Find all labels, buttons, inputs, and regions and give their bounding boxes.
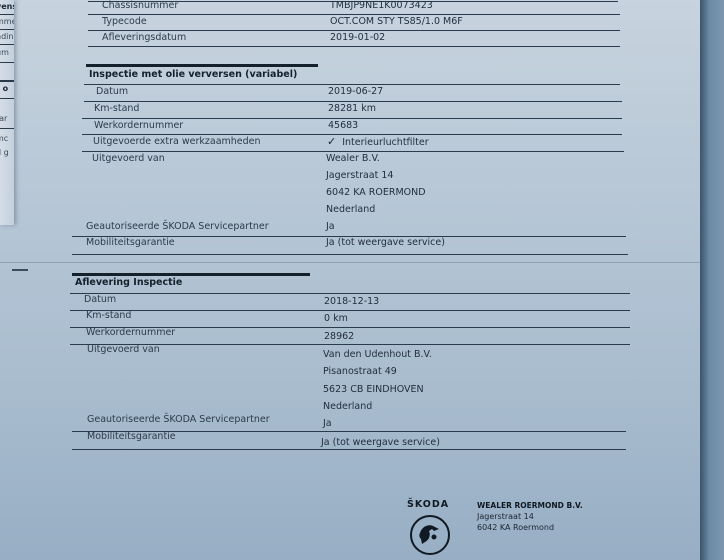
field-label: Geautoriseerde ŠKODA Servicepartner [86,219,269,235]
field-value: Van den Udenhout B.V. [323,347,432,363]
field-label: Geautoriseerde ŠKODA Servicepartner [87,412,270,428]
field-value: 2019-06-27 [328,84,383,100]
field-label: Uitgevoerd van [92,151,165,167]
fragment-text: mc [0,134,8,143]
stray-mark [12,269,28,271]
field-value: Ja [326,219,335,235]
inspection-row: Km-stand 0 km [86,308,626,324]
field-value: 45683 [328,118,358,134]
dealer-stamp: ŠKODA WEALER ROERMOND B.V. Jagerstraat 1… [405,495,605,560]
section-title: Aflevering Inspectie [75,277,182,288]
field-value: Nederland [326,202,375,218]
inspection-row: Werkordernummer 45683 [94,118,614,134]
section-rule [72,273,310,276]
field-label: Werkordernummer [86,325,175,341]
inspection-row: Mobiliteitsgarantie Ja (tot weergave ser… [86,235,626,251]
inspection-row: Km-stand 28281 km [94,101,614,117]
field-label: Uitgevoerd van [87,342,160,358]
fragment-text: tar [0,114,7,123]
field-value: TMBJP9NE1K0073423 [330,0,433,14]
section-rule [86,64,318,67]
field-value: OCT.COM STY TS85/1.0 M6F [330,14,463,30]
section-title: Inspectie met olie verversen (variabel) [89,69,297,80]
vehicle-row: Typecode OCT.COM STY TS85/1.0 M6F [102,14,622,30]
address-line: 5623 CB EINDHOVEN [323,382,523,398]
inspection-row: Uitgevoerd van Van den Udenhout B.V. [87,342,627,358]
field-value: 2019-01-02 [330,30,385,46]
checkmark-icon: ✓ [327,134,336,150]
address-line: Jagerstraat 14 [326,168,526,184]
inspection-row: Datum 2018-12-13 [84,292,624,308]
inspection-row: Geautoriseerde ŠKODA Servicepartner Ja [87,412,627,428]
field-value: Wealer B.V. [326,151,380,167]
inspection-row: Uitgevoerd van Wealer B.V. [92,151,612,167]
fragment-text: um [0,48,9,57]
inspection-row: Mobiliteitsgarantie Ja (tot weergave ser… [87,429,627,445]
field-label: Mobiliteitsgarantie [87,429,176,445]
row-divider [72,254,628,255]
fragment-text: vens [0,2,14,11]
vehicle-row: Afleveringsdatum 2019-01-02 [102,30,622,46]
field-value: Jagerstraat 14 [326,168,393,184]
inspection-row: Uitgevoerde extra werkzaamheden ✓Interie… [93,134,613,150]
field-value: 5623 CB EINDHOVEN [323,382,424,398]
inspection-row: Werkordernummer 28962 [86,325,626,341]
field-value: 6042 KA ROERMOND [326,185,426,201]
field-value: 28281 km [328,101,376,117]
dealer-name: WEALER ROERMOND B.V. [477,501,583,510]
vehicle-row: Chassisnummer TMBJP9NE1K0073423 [102,0,622,14]
field-value: Pisanostraat 49 [323,364,397,380]
field-label: Afleveringsdatum [102,30,186,46]
inspection-row: Datum 2019-06-27 [96,84,616,100]
fragment-text: mmer [0,17,14,26]
fragment-text: t o [0,84,8,93]
page-edge-shadow [700,0,724,560]
skoda-arrow-logo-icon [410,515,450,555]
dealer-city: 6042 KA Roermond [477,523,554,532]
paper-fold [0,262,706,263]
field-label: Km-stand [94,101,139,117]
address-line: Pisanostraat 49 [323,364,523,380]
field-label: Werkordernummer [94,118,183,134]
dealer-street: Jagerstraat 14 [477,512,534,521]
address-line: 6042 KA ROERMOND [326,185,526,201]
field-value: Ja (tot weergave service) [326,235,445,251]
field-label: Mobiliteitsgarantie [86,235,175,251]
left-page-fragment: vens mmer nding um t o tar mc d g [0,0,14,225]
field-label: Uitgevoerde extra werkzaamheden [93,134,261,150]
field-label: Typecode [102,14,147,30]
field-label: Datum [96,84,128,100]
field-label: Datum [84,292,116,308]
extra-work-text: Interieurluchtfilter [342,137,428,148]
field-value: ✓Interieurluchtfilter [327,134,429,151]
inspection-row: Geautoriseerde ŠKODA Servicepartner Ja [86,219,626,235]
fragment-text: d g [0,148,9,157]
fragment-text: nding [0,32,14,41]
skoda-wordmark: ŠKODA [407,499,449,510]
field-label: Km-stand [86,308,131,324]
row-divider [88,46,620,47]
field-label: Chassisnummer [102,0,178,14]
row-divider [72,449,626,450]
address-line: Nederland [326,202,526,218]
